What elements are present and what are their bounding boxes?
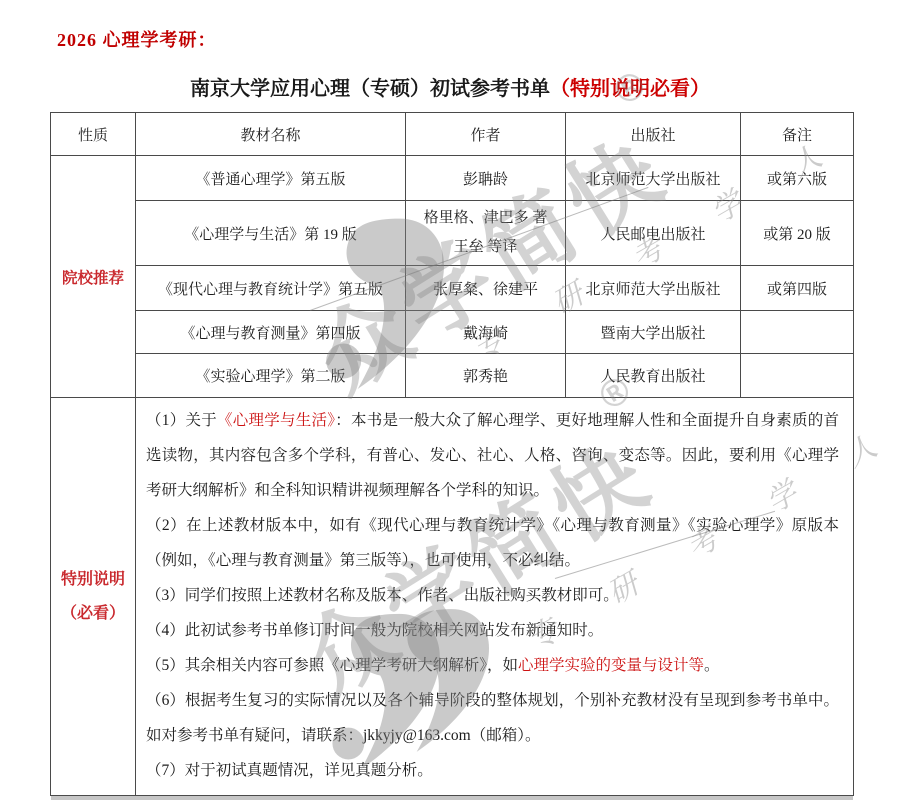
special-label-cell: 特别说明 （必看） (51, 398, 136, 796)
document-page: 众学简快® 专 研 考 学 人 众学简快® 专 研 考 学 人 2026 心理学… (0, 0, 900, 812)
table-row: 《心理学与生活》第 19 版 格里格、津巴多 著 王垒 等译 人民邮电出版社 或… (51, 201, 854, 266)
book-name: 《普通心理学》第五版 (136, 156, 406, 201)
table-row: 《心理与教育测量》第四版 戴海崎 暨南大学出版社 (51, 311, 854, 354)
title-main-text: 南京大学应用心理（专硕）初试参考书单 (190, 78, 550, 100)
page-eyebrow: 2026 心理学考研： (57, 26, 217, 52)
col-header-book-name: 教材名称 (136, 113, 406, 156)
special-label-line2: （必看） (51, 597, 135, 631)
note-item-7: （7）对于初试真题情况，详见真题分析。 (146, 753, 839, 788)
author-line-1: 格里格、津巴多 著 (406, 204, 565, 233)
book-name: 《实验心理学》第二版 (136, 354, 406, 398)
group-label-cell: 院校推荐 (51, 156, 136, 398)
book-publisher: 人民邮电出版社 (566, 201, 741, 266)
table-row: 《现代心理与教育统计学》第五版 张厚粲、徐建平 北京师范大学出版社 或第四版 (51, 266, 854, 311)
book-author: 郭秀艳 (406, 354, 566, 398)
note-item-1: （1）关于《心理学与生活》：本书是一般大众了解心理学、更好地理解人性和全面提升自… (146, 403, 839, 508)
title-highlight-text: （特别说明必看） (550, 78, 710, 100)
note-red-text: 心理学实验的变量与设计等 (518, 657, 704, 674)
book-note (741, 311, 854, 354)
note-item-4: （4）此初试参考书单修订时间一般为院校相关网站发布新通知时。 (146, 613, 839, 648)
note-text: （2）在上述教材版本中，如有《现代心理与教育统计学》《心理与教育测量》《实验心理… (146, 517, 839, 569)
special-notes-row: 特别说明 （必看） （1）关于《心理学与生活》：本书是一般大众了解心理学、更好地… (51, 398, 854, 796)
special-notes-cell: （1）关于《心理学与生活》：本书是一般大众了解心理学、更好地理解人性和全面提升自… (136, 398, 854, 796)
book-note (741, 354, 854, 398)
book-publisher: 人民教育出版社 (566, 354, 741, 398)
book-name: 《心理与教育测量》第四版 (136, 311, 406, 354)
note-text: （4）此初试参考书单修订时间一般为院校相关网站发布新通知时。 (146, 622, 603, 639)
col-header-author: 作者 (406, 113, 566, 156)
table-row: 《实验心理学》第二版 郭秀艳 人民教育出版社 (51, 354, 854, 398)
col-header-publisher: 出版社 (566, 113, 741, 156)
book-publisher: 暨南大学出版社 (566, 311, 741, 354)
reference-book-table: 性质 教材名称 作者 出版社 备注 院校推荐 《普通心理学》第五版 彭聃龄 北京… (50, 112, 854, 796)
table-row: 院校推荐 《普通心理学》第五版 彭聃龄 北京师范大学出版社 或第六版 (51, 156, 854, 201)
book-author: 戴海崎 (406, 311, 566, 354)
book-name: 《心理学与生活》第 19 版 (136, 201, 406, 266)
book-author: 彭聃龄 (406, 156, 566, 201)
book-note: 或第四版 (741, 266, 854, 311)
col-header-nature: 性质 (51, 113, 136, 156)
note-item-3: （3）同学们按照上述教材名称及版本、作者、出版社购买教材即可。 (146, 578, 839, 613)
note-text: （3）同学们按照上述教材名称及版本、作者、出版社购买教材即可。 (146, 587, 619, 604)
note-text: （7）对于初试真题情况，详见真题分析。 (146, 762, 433, 779)
book-note: 或第六版 (741, 156, 854, 201)
special-label-line1: 特别说明 (51, 563, 135, 597)
page-title: 南京大学应用心理（专硕）初试参考书单（特别说明必看） (0, 72, 900, 101)
note-text: （5）其余相关内容可参照《心理学考研大纲解析》，如 (146, 657, 518, 674)
book-name: 《现代心理与教育统计学》第五版 (136, 266, 406, 311)
note-item-6: （6）根据考生复习的实际情况以及各个辅导阶段的整体规划，个别补充教材没有呈现到参… (146, 683, 839, 753)
note-item-5: （5）其余相关内容可参照《心理学考研大纲解析》，如心理学实验的变量与设计等。 (146, 648, 839, 683)
book-publisher: 北京师范大学出版社 (566, 156, 741, 201)
book-author: 格里格、津巴多 著 王垒 等译 (406, 201, 566, 266)
note-text: （1）关于 (146, 412, 217, 429)
table-header-row: 性质 教材名称 作者 出版社 备注 (51, 113, 854, 156)
note-text: 。 (704, 657, 720, 674)
book-publisher: 北京师范大学出版社 (566, 266, 741, 311)
col-header-remark: 备注 (741, 113, 854, 156)
note-red-text: 《心理学与生活》 (217, 412, 335, 429)
note-text: （6）根据考生复习的实际情况以及各个辅导阶段的整体规划，个别补充教材没有呈现到参… (146, 692, 839, 744)
author-line-2: 王垒 等译 (406, 233, 565, 262)
note-item-2: （2）在上述教材版本中，如有《现代心理与教育统计学》《心理与教育测量》《实验心理… (146, 508, 839, 578)
book-note: 或第 20 版 (741, 201, 854, 266)
book-author: 张厚粲、徐建平 (406, 266, 566, 311)
